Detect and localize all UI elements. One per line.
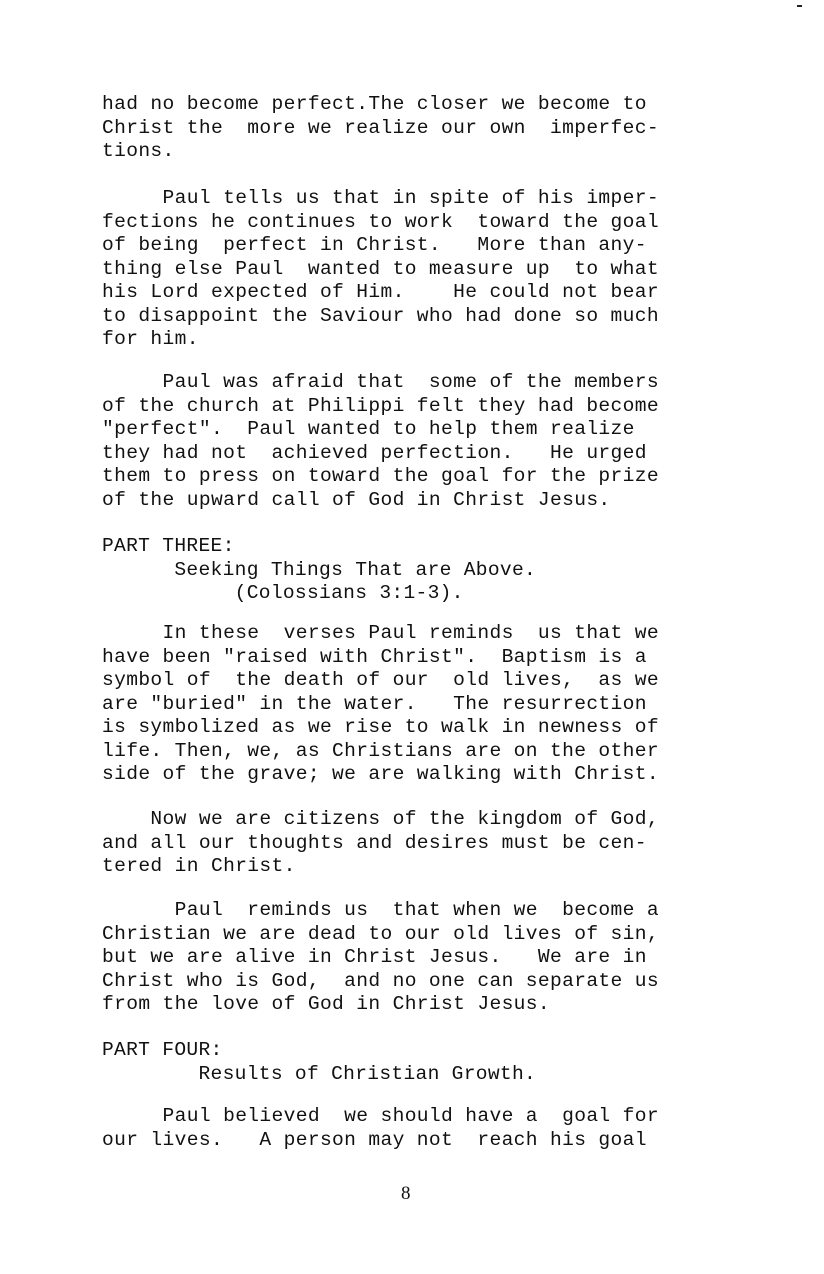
section-heading-part-three: PART THREE: Seeking Things That are Abov… <box>102 535 742 606</box>
paragraph-intro-continued: had no become perfect.The closer we beco… <box>102 93 742 164</box>
text-line: of being perfect in Christ. More than an… <box>102 234 742 258</box>
text-line: they had not achieved perfection. He urg… <box>102 442 742 466</box>
text-line: life. Then, we, as Christians are on the… <box>102 740 742 764</box>
text-line: are "buried" in the water. The resurrect… <box>102 693 742 717</box>
text-line: tered in Christ. <box>102 855 742 879</box>
text-line: is symbolized as we rise to walk in newn… <box>102 716 742 740</box>
text-line: Now we are citizens of the kingdom of Go… <box>102 808 742 832</box>
text-line: of the church at Philippi felt they had … <box>102 395 742 419</box>
text-line: had no become perfect.The closer we beco… <box>102 93 742 117</box>
text-line: for him. <box>102 328 742 352</box>
section-label: PART THREE: <box>102 535 742 559</box>
text-line: symbol of the death of our old lives, as… <box>102 669 742 693</box>
paragraph-paul-imperfections: Paul tells us that in spite of his imper… <box>102 187 742 352</box>
paragraph-raised-with-christ: In these verses Paul reminds us that we … <box>102 622 742 787</box>
section-label: PART FOUR: <box>102 1039 742 1063</box>
text-line: fections he continues to work toward the… <box>102 211 742 235</box>
text-line: tions. <box>102 140 742 164</box>
document-page: had no become perfect.The closer we beco… <box>0 0 824 1274</box>
section-title: Seeking Things That are Above. <box>102 559 742 583</box>
text-line: In these verses Paul reminds us that we <box>102 622 742 646</box>
section-heading-part-four: PART FOUR: Results of Christian Growth. <box>102 1039 742 1086</box>
scripture-reference: (Colossians 3:1-3). <box>102 582 742 606</box>
text-line: side of the grave; we are walking with C… <box>102 763 742 787</box>
scan-mark <box>797 5 802 7</box>
text-line: Paul reminds us that when we become a <box>102 899 742 923</box>
text-line: from the love of God in Christ Jesus. <box>102 993 742 1017</box>
paragraph-dead-to-sin: Paul reminds us that when we become a Ch… <box>102 899 742 1017</box>
paragraph-citizens: Now we are citizens of the kingdom of Go… <box>102 808 742 879</box>
text-line: Christ who is God, and no one can separa… <box>102 970 742 994</box>
text-line: them to press on toward the goal for the… <box>102 465 742 489</box>
text-line: have been "raised with Christ". Baptism … <box>102 646 742 670</box>
text-line: thing else Paul wanted to measure up to … <box>102 258 742 282</box>
text-line: Paul believed we should have a goal for <box>102 1105 742 1129</box>
text-line: "perfect". Paul wanted to help them real… <box>102 418 742 442</box>
text-line: to disappoint the Saviour who had done s… <box>102 305 742 329</box>
page-number: 8 <box>401 1183 411 1205</box>
text-line: and all our thoughts and desires must be… <box>102 832 742 856</box>
text-line: his Lord expected of Him. He could not b… <box>102 281 742 305</box>
text-line: Paul tells us that in spite of his imper… <box>102 187 742 211</box>
text-line: of the upward call of God in Christ Jesu… <box>102 489 742 513</box>
paragraph-philippi: Paul was afraid that some of the members… <box>102 371 742 512</box>
section-title: Results of Christian Growth. <box>102 1063 742 1087</box>
paragraph-goal: Paul believed we should have a goal for … <box>102 1105 742 1152</box>
text-line: Christ the more we realize our own imper… <box>102 117 742 141</box>
text-line: Christian we are dead to our old lives o… <box>102 923 742 947</box>
text-line: Paul was afraid that some of the members <box>102 371 742 395</box>
text-line: but we are alive in Christ Jesus. We are… <box>102 946 742 970</box>
text-line: our lives. A person may not reach his go… <box>102 1129 742 1153</box>
